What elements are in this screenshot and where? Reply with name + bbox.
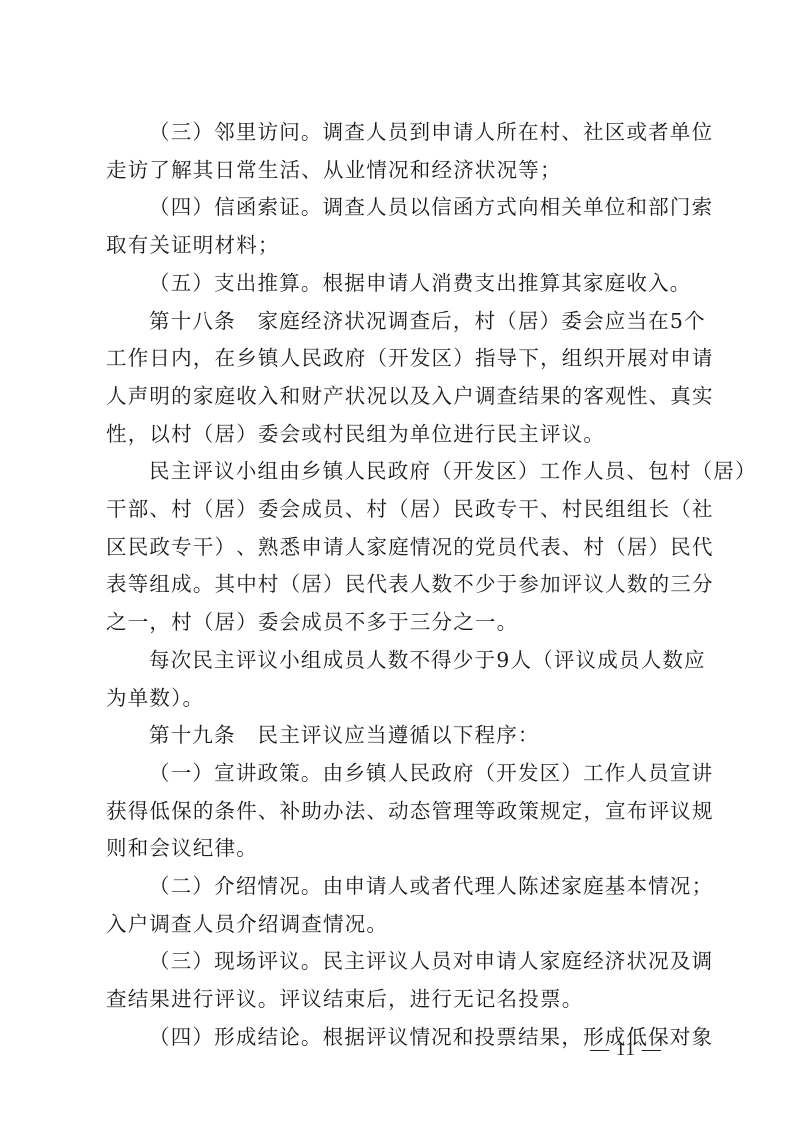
glyph: 和 xyxy=(453,1019,475,1057)
text-line: 查结果进行评议。评议结束后，进行无记名投票。 xyxy=(106,981,694,1019)
glyph: ） xyxy=(432,491,454,529)
glyph: 件 xyxy=(236,793,258,831)
glyph: 家 xyxy=(540,943,562,981)
glyph: 到 xyxy=(409,114,431,152)
text-line: 取有关证明材料； xyxy=(106,227,694,265)
glyph: 成 xyxy=(597,642,619,680)
glyph: 以 xyxy=(388,378,410,416)
glyph: 函 xyxy=(236,189,258,227)
glyph: 开 xyxy=(605,340,627,378)
glyph: 区 xyxy=(432,340,454,378)
glyph: 政 xyxy=(497,793,519,831)
glyph: 主 xyxy=(344,943,366,981)
glyph: 民 xyxy=(345,566,367,604)
glyph: 数 xyxy=(388,642,410,680)
glyph: 得 xyxy=(431,642,453,680)
glyph: 人 xyxy=(280,340,302,378)
text-line: （二）介绍情况。由申请人或者代理人陈述家庭基本情况； xyxy=(149,868,694,906)
glyph: 展 xyxy=(627,340,649,378)
glyph: 况 xyxy=(431,1019,453,1057)
glyph: 悉 xyxy=(280,529,302,567)
glyph: 索 xyxy=(258,189,280,227)
document-body: （三）邻里访问。调查人员到申请人所在村、社区或者单位走访了解其日常生活、从业情况… xyxy=(106,114,694,1057)
glyph: 人 xyxy=(388,868,410,906)
glyph: 象 xyxy=(692,1019,714,1057)
glyph: 表 xyxy=(106,566,128,604)
glyph: 于 xyxy=(497,566,519,604)
glyph: 一 xyxy=(171,755,193,793)
glyph: 不 xyxy=(409,642,431,680)
glyph: 不 xyxy=(453,566,475,604)
glyph: 查 xyxy=(497,378,519,416)
glyph: ） xyxy=(215,529,237,567)
glyph: 家 xyxy=(561,868,583,906)
glyph: 管 xyxy=(432,793,454,831)
glyph: 家 xyxy=(366,529,388,567)
glyph: 开 xyxy=(388,340,410,378)
glyph: 及 xyxy=(670,943,692,981)
glyph: 区 xyxy=(106,529,128,567)
glyph: （ xyxy=(692,453,714,491)
text-line: 每次民主评议小组成员人数不得少于9人（评议成员人数应 xyxy=(149,642,694,680)
glyph: 民 xyxy=(453,491,475,529)
glyph: 对 xyxy=(670,1019,692,1057)
glyph: 票 xyxy=(496,1019,518,1057)
glyph: 人 xyxy=(366,189,388,227)
glyph: ） xyxy=(323,566,345,604)
glyph: 信 xyxy=(214,189,236,227)
glyph: ， xyxy=(453,303,475,341)
glyph: 组 xyxy=(301,642,323,680)
glyph: 镇 xyxy=(366,755,388,793)
glyph: 民 xyxy=(323,943,345,981)
glyph: 人 xyxy=(496,868,518,906)
glyph: 村 xyxy=(475,303,497,341)
glyph: 评 xyxy=(649,793,671,831)
glyph: 的 xyxy=(562,378,584,416)
glyph: 布 xyxy=(627,793,649,831)
glyph: 村 xyxy=(171,491,193,529)
text-line: 入户调查人员介绍调查情况。 xyxy=(106,906,694,944)
glyph: （ xyxy=(388,491,410,529)
glyph: 规 xyxy=(540,793,562,831)
glyph: 参 xyxy=(518,566,540,604)
glyph: 场 xyxy=(236,943,258,981)
glyph: 5 xyxy=(670,303,684,341)
text-line: 性，以村（居）委会或村民组为单位进行民主评议。 xyxy=(106,416,694,454)
glyph: 四 xyxy=(171,1019,193,1057)
glyph: 工 xyxy=(540,453,562,491)
glyph: ） xyxy=(192,189,214,227)
glyph: ） xyxy=(649,529,671,567)
glyph: 镇 xyxy=(258,340,280,378)
glyph: 代 xyxy=(518,529,540,567)
glyph: 员 xyxy=(619,642,641,680)
glyph: 员 xyxy=(323,491,345,529)
glyph: （ xyxy=(532,642,554,680)
glyph: 区 xyxy=(540,755,562,793)
glyph: 在 xyxy=(648,303,670,341)
text-line: （四）信函索证。调查人员以信函方式向相关单位和部门索 xyxy=(149,189,694,227)
glyph: 论 xyxy=(279,1019,301,1057)
glyph: 表 xyxy=(540,529,562,567)
glyph: 干 xyxy=(193,529,215,567)
glyph: 得 xyxy=(128,793,150,831)
glyph: 人 xyxy=(366,114,388,152)
glyph: ） xyxy=(192,1019,214,1057)
glyph: 方 xyxy=(475,189,497,227)
glyph: 人 xyxy=(475,114,497,152)
glyph: 人 xyxy=(344,453,366,491)
glyph: 庭 xyxy=(583,868,605,906)
glyph: 投 xyxy=(475,1019,497,1057)
glyph: 主 xyxy=(171,453,193,491)
text-line: 表等组成。其中村（居）民代表人数不少于参加评议人数的三分 xyxy=(106,566,694,604)
glyph: 包 xyxy=(648,453,670,491)
glyph: 单 xyxy=(583,189,605,227)
glyph: 评 xyxy=(366,943,388,981)
glyph xyxy=(236,303,258,341)
glyph: 的 xyxy=(171,378,193,416)
glyph: 本 xyxy=(626,868,648,906)
glyph: 指 xyxy=(475,340,497,378)
glyph: 员 xyxy=(344,642,366,680)
text-line: 则和会议纪律。 xyxy=(106,830,694,868)
text-line: 获得低保的条件、补助办法、动态管理等政策规定，宣布评议规 xyxy=(106,793,694,831)
glyph: 政 xyxy=(323,340,345,378)
glyph: 保 xyxy=(171,793,193,831)
glyph: 数 xyxy=(627,566,649,604)
glyph: ） xyxy=(518,453,540,491)
glyph: 村 xyxy=(583,529,605,567)
glyph: 以 xyxy=(409,189,431,227)
glyph: 员 xyxy=(497,529,519,567)
glyph: 社 xyxy=(583,114,605,152)
glyph: 当 xyxy=(626,303,648,341)
glyph: 工 xyxy=(583,755,605,793)
glyph: 基 xyxy=(605,868,627,906)
glyph: 关 xyxy=(561,189,583,227)
glyph: 熟 xyxy=(258,529,280,567)
glyph: 索 xyxy=(692,189,714,227)
glyph: 员 xyxy=(431,943,453,981)
glyph: 评 xyxy=(236,642,258,680)
glyph: 委 xyxy=(258,491,280,529)
glyph: 信 xyxy=(431,189,453,227)
glyph: 发 xyxy=(410,340,432,378)
glyph: 民 xyxy=(192,642,214,680)
glyph: 据 xyxy=(344,1019,366,1057)
glyph: 委 xyxy=(561,303,583,341)
glyph: 请 xyxy=(453,114,475,152)
glyph: 部 xyxy=(648,189,670,227)
glyph: 庭 xyxy=(388,529,410,567)
glyph: 、 xyxy=(561,114,583,152)
glyph: 况 xyxy=(648,943,670,981)
glyph: 会 xyxy=(280,491,302,529)
glyph: 条 xyxy=(214,303,236,341)
glyph: 内 xyxy=(171,340,193,378)
glyph: 况 xyxy=(432,529,454,567)
glyph: （ xyxy=(280,566,302,604)
text-line: 第十九条 民主评议应当遵循以下程序： xyxy=(106,717,694,755)
glyph: 所 xyxy=(496,114,518,152)
glyph: 述 xyxy=(540,868,562,906)
text-line: （一）宣讲政策。由乡镇人民政府（开发区）工作人员宣讲 xyxy=(149,755,694,793)
glyph: 员 xyxy=(648,755,670,793)
glyph: （ xyxy=(149,189,171,227)
glyph: 者 xyxy=(648,114,670,152)
glyph: 补 xyxy=(280,793,302,831)
glyph: 会 xyxy=(583,303,605,341)
glyph: 介 xyxy=(214,868,236,906)
glyph: 济 xyxy=(605,943,627,981)
glyph: 讲 xyxy=(236,755,258,793)
glyph: 。 xyxy=(301,868,323,906)
glyph: 。 xyxy=(301,755,323,793)
glyph: 人 xyxy=(366,642,388,680)
glyph: 议 xyxy=(670,793,692,831)
glyph: 向 xyxy=(518,189,540,227)
glyph: （ xyxy=(496,303,518,341)
glyph: ） xyxy=(735,453,757,491)
glyph: 申 xyxy=(670,340,692,378)
glyph: 分 xyxy=(692,566,714,604)
glyph: 于 xyxy=(475,642,497,680)
glyph: 门 xyxy=(670,189,692,227)
glyph: 导 xyxy=(497,340,519,378)
glyph: 结 xyxy=(518,1019,540,1057)
glyph: 三 xyxy=(171,943,193,981)
text-line: （三）现场评议。民主评议人员对申请人家庭经济状况及调 xyxy=(149,943,694,981)
glyph: 人 xyxy=(518,943,540,981)
glyph: 申 xyxy=(301,529,323,567)
glyph: 村 xyxy=(562,491,584,529)
glyph: 果 xyxy=(540,378,562,416)
glyph: 在 xyxy=(215,340,237,378)
glyph: 组 xyxy=(605,491,627,529)
glyph: 助 xyxy=(301,793,323,831)
glyph: 工 xyxy=(106,340,128,378)
glyph: 评 xyxy=(562,566,584,604)
glyph: 部 xyxy=(128,491,150,529)
glyph: 村 xyxy=(366,491,388,529)
glyph: 函 xyxy=(453,189,475,227)
glyph: 四 xyxy=(171,189,193,227)
text-line: 干部、村（居）委会成员、村（居）民政专干、村民组组长（社 xyxy=(106,491,694,529)
glyph: 的 xyxy=(193,793,215,831)
glyph: 人 xyxy=(605,566,627,604)
glyph: 入 xyxy=(258,378,280,416)
glyph: 成 xyxy=(323,642,345,680)
glyph: 成 xyxy=(301,491,323,529)
glyph: 乡 xyxy=(236,340,258,378)
glyph: 、 xyxy=(345,491,367,529)
glyph: 长 xyxy=(649,491,671,529)
glyph: 居 xyxy=(410,491,432,529)
glyph: 议 xyxy=(388,943,410,981)
glyph: 员 xyxy=(605,453,627,491)
glyph: 和 xyxy=(280,378,302,416)
glyph: 获 xyxy=(106,793,128,831)
glyph: 调 xyxy=(388,303,410,341)
glyph: 、 xyxy=(540,491,562,529)
glyph: 八 xyxy=(192,303,214,341)
glyph: （ xyxy=(149,114,171,152)
glyph: （ xyxy=(149,868,171,906)
glyph: （ xyxy=(193,491,215,529)
glyph: 规 xyxy=(692,793,714,831)
glyph: 法 xyxy=(345,793,367,831)
glyph: 村 xyxy=(258,566,280,604)
glyph: 居 xyxy=(627,529,649,567)
glyph: 个 xyxy=(684,303,706,341)
glyph: 讲 xyxy=(692,755,714,793)
glyph: 结 xyxy=(258,1019,280,1057)
glyph: 现 xyxy=(214,943,236,981)
glyph: 庭 xyxy=(279,303,301,341)
glyph: 对 xyxy=(649,340,671,378)
glyph: 动 xyxy=(388,793,410,831)
text-line: 为单数）。 xyxy=(106,680,694,718)
glyph: 区 xyxy=(496,453,518,491)
glyph: 后 xyxy=(431,303,453,341)
glyph: 问 xyxy=(279,114,301,152)
glyph: 作 xyxy=(128,340,150,378)
glyph: 政 xyxy=(431,755,453,793)
glyph: 绍 xyxy=(236,868,258,906)
glyph: 。 xyxy=(301,189,323,227)
glyph: 宣 xyxy=(670,755,692,793)
glyph: 家 xyxy=(258,303,280,341)
glyph: 府 xyxy=(453,755,475,793)
glyph: 查 xyxy=(344,114,366,152)
glyph: 居 xyxy=(301,566,323,604)
glyph: 请 xyxy=(323,529,345,567)
glyph: 形 xyxy=(214,1019,236,1057)
glyph: （ xyxy=(149,1019,171,1057)
glyph: ， xyxy=(540,340,562,378)
glyph: （ xyxy=(149,755,171,793)
glyph: 位 xyxy=(692,114,714,152)
glyph: 专 xyxy=(497,491,519,529)
glyph: 。 xyxy=(193,566,215,604)
glyph: 应 xyxy=(684,642,706,680)
text-line: 人声明的家庭收入和财产状况以及入户调查结果的客观性、真实 xyxy=(106,378,694,416)
glyph: 、 xyxy=(149,491,171,529)
glyph: 乡 xyxy=(344,755,366,793)
glyph: 由 xyxy=(279,453,301,491)
glyph: 条 xyxy=(215,793,237,831)
glyph: 民 xyxy=(128,529,150,567)
glyph: 请 xyxy=(366,868,388,906)
glyph: 议 xyxy=(258,642,280,680)
glyph: 在 xyxy=(518,114,540,152)
glyph: 根 xyxy=(323,1019,345,1057)
glyph: 或 xyxy=(409,868,431,906)
glyph: 性 xyxy=(627,378,649,416)
glyph: 情 xyxy=(410,529,432,567)
glyph: 其 xyxy=(215,566,237,604)
glyph: 调 xyxy=(323,114,345,152)
glyph: 庭 xyxy=(561,943,583,981)
glyph: 人 xyxy=(345,529,367,567)
glyph: 况 xyxy=(366,303,388,341)
glyph: 区 xyxy=(605,114,627,152)
document-page: （三）邻里访问。调查人员到申请人所在村、社区或者单位走访了解其日常生活、从业情况… xyxy=(0,0,793,1122)
glyph: 作 xyxy=(605,755,627,793)
glyph: 济 xyxy=(323,303,345,341)
glyph: 人 xyxy=(409,943,431,981)
glyph: 经 xyxy=(583,943,605,981)
glyph: 查 xyxy=(344,189,366,227)
glyph: 、 xyxy=(366,793,388,831)
glyph: 三 xyxy=(670,566,692,604)
glyph: 者 xyxy=(431,868,453,906)
text-line: 之一，村（居）委会成员不多于三分之一。 xyxy=(106,604,694,642)
glyph: 请 xyxy=(496,943,518,981)
glyph: 户 xyxy=(453,378,475,416)
glyph: 观 xyxy=(605,378,627,416)
glyph: 等 xyxy=(475,793,497,831)
glyph: ； xyxy=(692,868,714,906)
glyph: 镇 xyxy=(323,453,345,491)
glyph: 民 xyxy=(366,453,388,491)
glyph: ） xyxy=(192,114,214,152)
glyph: ） xyxy=(561,755,583,793)
text-line: 走访了解其日常生活、从业情况和经济状况等； xyxy=(106,152,694,190)
glyph: 实 xyxy=(692,378,714,416)
glyph: 评 xyxy=(258,943,280,981)
page-number: — 11 — xyxy=(590,1039,662,1061)
glyph: 党 xyxy=(475,529,497,567)
glyph: 组 xyxy=(562,340,584,378)
glyph: 果 xyxy=(540,1019,562,1057)
glyph: 织 xyxy=(583,340,605,378)
glyph: 评 xyxy=(554,642,576,680)
glyph: 组 xyxy=(258,453,280,491)
glyph: 或 xyxy=(626,114,648,152)
glyph: 申 xyxy=(475,943,497,981)
glyph: 请 xyxy=(692,340,714,378)
glyph: 家 xyxy=(193,378,215,416)
glyph: 发 xyxy=(518,755,540,793)
glyph: 民 xyxy=(670,529,692,567)
glyph: 况 xyxy=(366,378,388,416)
glyph: 人 xyxy=(626,755,648,793)
glyph: 宣 xyxy=(605,793,627,831)
glyph: 9 xyxy=(496,642,510,680)
glyph: 情 xyxy=(258,868,280,906)
glyph: 和 xyxy=(626,189,648,227)
glyph: 收 xyxy=(236,378,258,416)
glyph: 政 xyxy=(258,755,280,793)
glyph: 社 xyxy=(692,491,714,529)
text-line: 区民政专干）、熟悉申请人家庭情况的党员代表、村（居）民代 xyxy=(106,529,694,567)
glyph: 查 xyxy=(409,303,431,341)
glyph: 政 xyxy=(475,491,497,529)
glyph: 开 xyxy=(453,453,475,491)
glyph: ， xyxy=(193,340,215,378)
glyph: 人 xyxy=(641,642,663,680)
glyph: 下 xyxy=(518,340,540,378)
glyph: 状 xyxy=(626,943,648,981)
glyph: 村 xyxy=(670,453,692,491)
glyph: 居 xyxy=(713,453,735,491)
glyph: 。 xyxy=(301,943,323,981)
glyph: 低 xyxy=(149,793,171,831)
glyph: 由 xyxy=(323,755,345,793)
